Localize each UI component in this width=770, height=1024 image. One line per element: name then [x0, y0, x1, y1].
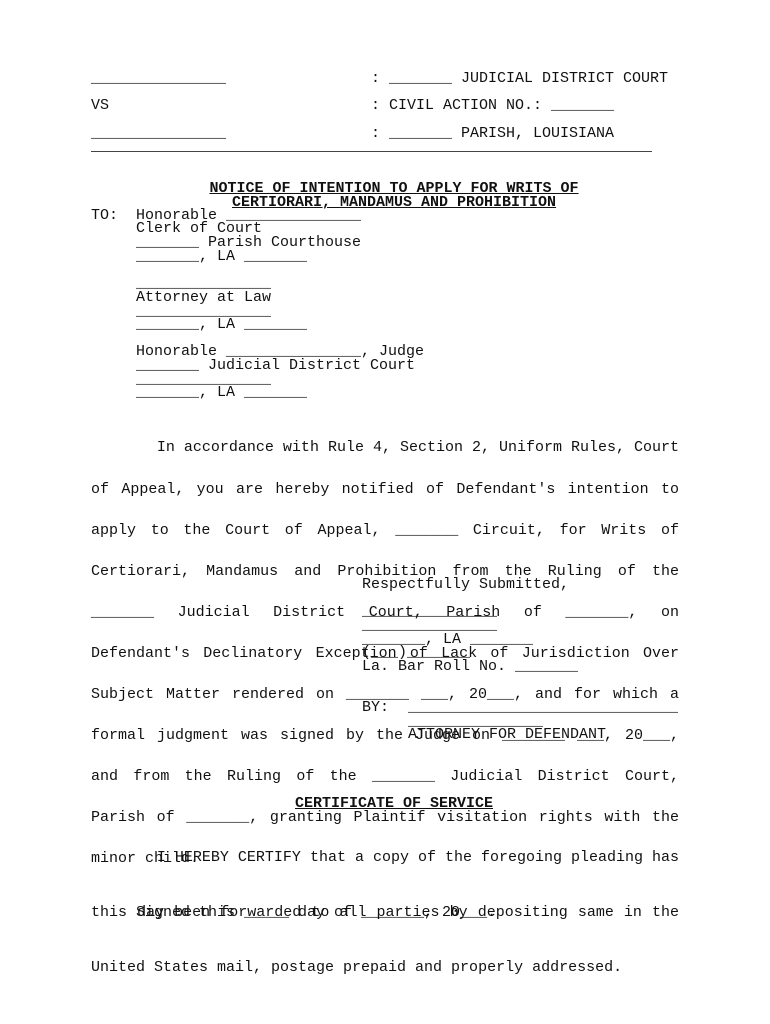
to-label: TO:: [91, 209, 118, 223]
clerk-city-zip: _______, LA _______: [136, 250, 307, 264]
judge-city-zip: _______, LA _______: [136, 386, 307, 400]
versus-label: VS: [91, 99, 109, 113]
certificate-title-text: CERTIFICATE OF SERVICE: [295, 795, 493, 812]
body-line-1: In accordance with Rule 4, Section 2, Un…: [91, 441, 679, 455]
certificate-title: CERTIFICATE OF SERVICE: [91, 783, 679, 811]
caption-divider: [91, 151, 652, 152]
body-line-10: Parish of _______, granting Plaintif vis…: [91, 811, 679, 825]
certificate-line-3: United States mail, postage prepaid and …: [91, 961, 679, 988]
by-label: BY:: [362, 701, 389, 715]
body-line-3: apply to the Court of Appeal, _______ Ci…: [91, 524, 679, 538]
signed-date-line[interactable]: Signed this _____ day of _______, 20___.: [91, 906, 496, 920]
closing-salutation: Respectfully Submitted,: [362, 578, 569, 592]
body-line-9: and from the Ruling of the _______ Judic…: [91, 770, 679, 784]
document-title-2: CERTIORARI, MANDAMUS AND PROHIBITION: [91, 182, 679, 210]
civil-action-number: : CIVIL ACTION NO.: _______: [371, 99, 614, 113]
certificate-line-1: I HEREBY CERTIFY that a copy of the fore…: [91, 851, 679, 878]
parish-caption: : _______ PARISH, LOUISIANA: [371, 127, 614, 141]
plaintiff-name-blank[interactable]: _______________: [91, 72, 226, 86]
body-line-2: of Appeal, you are hereby notified of De…: [91, 483, 679, 497]
attorney-city-zip: _______, LA _______: [136, 318, 307, 332]
defendant-name-blank[interactable]: _______________: [91, 127, 226, 141]
court-caption: : _______ JUDICIAL DISTRICT COURT: [371, 72, 668, 86]
attorney-for-defendant-label: ATTORNEY FOR DEFENDANT: [408, 728, 606, 742]
bar-roll-number[interactable]: La. Bar Roll No. _______: [362, 660, 578, 674]
